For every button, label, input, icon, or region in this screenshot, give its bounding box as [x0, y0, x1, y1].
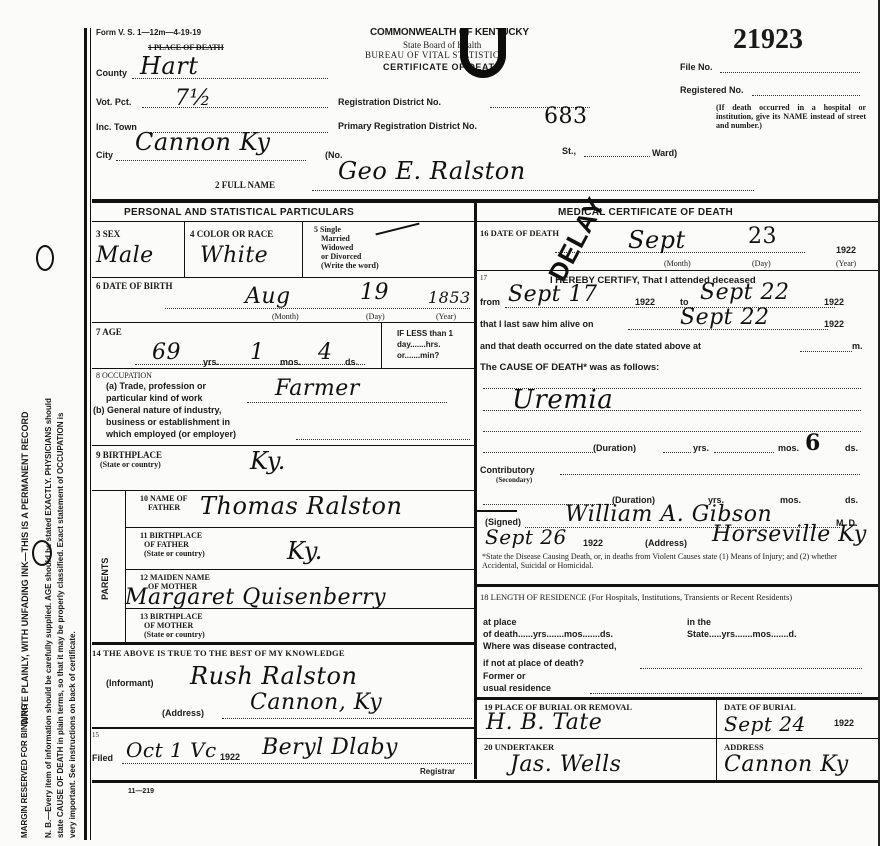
place-of-death-heading: 1 PLACE OF DEATH: [148, 43, 224, 52]
registered-no-line: [752, 95, 860, 96]
marital-option-married: Married: [314, 234, 379, 243]
mother-birthplace-label: 13 BIRTHPLACE OF MOTHER (State or countr…: [140, 612, 205, 639]
rule: [477, 738, 880, 739]
marital-selection-mark: [375, 223, 419, 236]
sex-label: 3 SEX: [96, 229, 120, 239]
month-caption: (Month): [272, 312, 299, 321]
duration-yrs-line: [663, 452, 691, 453]
registered-no-label: Registered No.: [680, 85, 744, 95]
rule: [92, 727, 474, 729]
rule: [125, 490, 126, 642]
margin-instructions-3: very important. See instructions on back…: [68, 631, 77, 838]
birthplace-sublabel: (State or country): [100, 460, 161, 469]
informant-statement: 14 THE ABOVE IS TRUE TO THE BEST OF MY K…: [92, 648, 345, 658]
former-residence-label-2: usual residence: [483, 683, 551, 693]
former-residence-label: Former or: [483, 671, 526, 681]
registration-district-label: Registration District No.: [338, 97, 441, 107]
filed-date-value: Oct 1 Vc: [126, 738, 217, 762]
ds-caption: ds.: [345, 357, 358, 367]
undertaker-address-label: ADDRESS: [724, 742, 764, 752]
from-label: from: [480, 297, 500, 307]
marital-status-options: 5 Single Married Widowed or Divorced (Wr…: [314, 225, 379, 270]
less-than-line-2: day.......hrs.: [397, 339, 453, 350]
dob-label: 6 DATE OF BIRTH: [96, 281, 172, 291]
informant-label: (Informant): [106, 678, 154, 688]
father-name-label-2: FATHER: [140, 503, 188, 512]
vot-pct-value: 7½: [175, 86, 211, 111]
ward-label: Ward): [652, 148, 677, 158]
death-time-line: [800, 351, 852, 352]
signed-date-value: Sept 26: [485, 525, 567, 549]
occupation-a-label-2: particular kind of work: [106, 393, 203, 403]
attended-to-value: Sept 22: [700, 280, 790, 305]
city-label: City: [96, 150, 113, 160]
occupation-a-label: (a) Trade, profession or: [106, 381, 206, 391]
primary-registration-label: Primary Registration District No.: [338, 121, 477, 131]
rule: [126, 569, 474, 570]
ds-caption-2: ds.: [845, 495, 858, 505]
rule: [477, 510, 517, 512]
occupation-a-line: [247, 402, 447, 403]
margin-instructions-1: N. B.—Every item of information should b…: [44, 398, 53, 838]
yrs-caption: yrs.: [693, 443, 709, 453]
full-name-label: 2 FULL NAME: [215, 180, 275, 190]
physician-address-label: (Address): [645, 538, 687, 548]
street-line: [584, 156, 650, 157]
mother-birthplace-label-3: (State or country): [140, 630, 205, 639]
last-saw-label: that I last saw him alive on: [480, 319, 594, 329]
inc-town-label: Inc. Town: [96, 122, 137, 132]
residence-at-place: at place: [483, 617, 517, 627]
filed-line: [122, 763, 472, 764]
form-id: Form V. S. 1—12m—4-19-19: [96, 28, 201, 37]
certify-number: 17: [480, 274, 487, 282]
margin-write-plainly: WRITE PLAINLY, WITH UNFADING INK—THIS IS…: [20, 411, 30, 830]
father-name-label-1: 10 NAME OF: [140, 494, 188, 503]
informant-address-value: Cannon, Ky: [250, 690, 382, 715]
death-time-label: and that death occurred on the date stat…: [480, 341, 701, 351]
rule: [477, 221, 880, 222]
occupation-b-label: (b) General nature of industry,: [93, 405, 221, 415]
rule: [477, 697, 880, 700]
contributory-line: [560, 474, 860, 475]
death-certificate: MARGIN RESERVED FOR BINDING WRITE PLAINL…: [0, 0, 880, 846]
former-residence-line: [590, 693, 862, 694]
burial-date-year: 1922: [834, 718, 854, 728]
dob-month: Aug: [245, 284, 291, 309]
ink-blot: [460, 28, 506, 78]
undertaker-value: Jas. Wells: [510, 752, 621, 777]
rule: [126, 608, 474, 609]
sex-value: Male: [96, 243, 154, 268]
mother-name-label-1: 12 MAIDEN NAME: [140, 573, 210, 582]
year-caption: (Year): [836, 259, 856, 268]
rule: [126, 527, 474, 528]
file-no-line: [720, 72, 860, 73]
dod-month: Sept: [628, 226, 686, 254]
rule: [92, 277, 474, 278]
form-code: 11—219: [128, 788, 154, 795]
dob-year: 1853: [428, 288, 471, 307]
full-name-line: [312, 190, 754, 191]
vot-pct-line: [142, 107, 328, 108]
rule: [477, 270, 880, 271]
mother-name-value: Margaret Quisenberry: [125, 585, 386, 610]
left-border-inner: [90, 28, 91, 840]
informant-address-line: [222, 718, 472, 719]
day-caption: (Day): [366, 312, 385, 321]
rule: [184, 222, 185, 277]
last-saw-year: 1922: [824, 319, 844, 329]
physician-address-value: Horseville Ky: [712, 522, 867, 547]
personal-section-title: PERSONAL AND STATISTICAL PARTICULARS: [124, 207, 354, 218]
street-label: St.,: [562, 146, 576, 156]
occupation-b-label-3: which employed (or employer): [106, 429, 236, 439]
color-race-value: White: [200, 243, 268, 268]
full-name-value: Geo E. Ralston: [338, 157, 526, 185]
father-name-label: 10 NAME OF FATHER: [140, 494, 188, 512]
disease-contracted-line: [640, 668, 862, 669]
hospital-note: (If death occurred in a hospital or inst…: [716, 103, 866, 130]
occupation-b-line: [296, 439, 470, 440]
rule: [302, 222, 303, 277]
registrar-signature: Beryl Dlaby: [262, 735, 398, 760]
burial-date-label: DATE OF BURIAL: [724, 702, 796, 712]
attended-from-value: Sept 17: [508, 282, 598, 307]
father-birthplace-label-3: (State or country): [140, 549, 205, 558]
informant-value: Rush Ralston: [190, 662, 357, 690]
rule: [477, 584, 880, 587]
filed-number: 15: [92, 731, 99, 739]
duration-months-value: 6: [805, 430, 821, 456]
yrs-caption: yrs.: [203, 357, 219, 367]
death-time-suffix: m.: [852, 341, 863, 351]
parents-label: PARENTS: [100, 558, 110, 600]
filed-year: 1922: [220, 752, 240, 762]
rule: [92, 490, 474, 491]
binding-hole-icon: [32, 540, 52, 566]
dod-year: 1922: [836, 245, 856, 255]
section-divider: [92, 199, 880, 203]
occupation-label: 8 OCCUPATION: [96, 371, 152, 380]
filed-label: Filed: [92, 753, 113, 763]
rule: [381, 323, 382, 368]
disease-contracted-label: Where was disease contracted,: [483, 641, 617, 651]
duration-label: (Duration): [593, 443, 636, 453]
rule: [716, 700, 717, 780]
rule: [92, 780, 880, 783]
father-birthplace-label-2: OF FATHER: [140, 540, 205, 549]
birthplace-label: 9 BIRTHPLACE: [96, 450, 162, 460]
dod-day: 23: [748, 224, 777, 249]
attended-line: [505, 307, 835, 308]
rule: [92, 221, 474, 222]
file-no-label: File No.: [680, 62, 713, 72]
mos-caption: mos.: [778, 443, 799, 453]
month-caption: (Month): [664, 259, 691, 268]
cause-of-death-label: The CAUSE OF DEATH* was as follows:: [480, 362, 659, 373]
year-caption: (Year): [436, 312, 456, 321]
marital-option-note: (Write the word): [314, 261, 379, 270]
rule: [92, 322, 474, 323]
binding-hole-icon: [36, 245, 54, 271]
last-saw-value: Sept 22: [680, 305, 770, 330]
mos-caption: mos.: [280, 357, 301, 367]
undertaker-label: 20 UNDERTAKER: [484, 742, 554, 752]
disease-contracted-label-2: if not at place of death?: [483, 658, 584, 668]
mother-birthplace-label-1: 13 BIRTHPLACE: [140, 612, 205, 621]
margin-instructions-2: state CAUSE OF DEATH in plain terms, so …: [56, 413, 65, 838]
cause-of-death-value: Uremia: [512, 385, 613, 415]
burial-date-value: Sept 24: [724, 712, 806, 736]
cause-footnote: *State the Disease Causing Death, or, in…: [482, 552, 862, 570]
residence-in-the: in the: [687, 617, 711, 627]
file-number-stamp: 21923: [733, 24, 803, 56]
date-of-death-label: 16 DATE OF DEATH: [480, 228, 559, 238]
delayed-stamp: DELAY: [542, 192, 612, 287]
signed-year: 1922: [583, 538, 603, 548]
mother-birthplace-label-2: OF MOTHER: [140, 621, 205, 630]
father-birthplace-value: Ky.: [287, 537, 323, 565]
less-than-day-field: IF LESS than 1 day.......hrs. or.......m…: [397, 328, 453, 361]
age-years: 69: [152, 340, 181, 365]
vot-pct-label: Vot. Pct.: [96, 97, 131, 107]
attended-from-year: 1922: [635, 297, 655, 307]
ds-caption: ds.: [845, 443, 858, 453]
column-divider: [474, 199, 477, 779]
registrar-label: Registrar: [420, 767, 455, 776]
attended-to-year: 1922: [824, 297, 844, 307]
undertaker-address-value: Cannon Ky: [724, 752, 849, 777]
occupation-b-label-2: business or establishment in: [106, 417, 230, 427]
mos-caption-2: mos.: [780, 495, 801, 505]
color-race-label: 4 COLOR OR RACE: [190, 229, 273, 239]
dob-day: 19: [360, 280, 389, 305]
left-border: [84, 28, 87, 840]
county-label: County: [96, 68, 127, 78]
less-than-line-1: IF LESS than 1: [397, 328, 453, 339]
father-birthplace-label: 11 BIRTHPLACE OF FATHER (State or countr…: [140, 531, 205, 558]
marital-option-widowed: Widowed: [314, 243, 379, 252]
age-label: 7 AGE: [96, 327, 122, 337]
county-value: Hart: [140, 52, 198, 80]
rule: [92, 445, 474, 446]
birthplace-value: Ky.: [250, 447, 286, 475]
residence-state: State.....yrs.......mos.......d.: [687, 629, 797, 639]
age-days: 4: [318, 340, 333, 365]
less-than-line-3: or.......min?: [397, 350, 453, 361]
dob-line: [165, 308, 470, 309]
age-months: 1: [250, 340, 265, 365]
contributory-label: Contributory: [480, 465, 535, 475]
informant-address-label: (Address): [162, 708, 204, 718]
primary-registration-value: 683: [544, 104, 588, 129]
city-line: [116, 160, 306, 161]
marital-option-divorced: or Divorced: [314, 252, 379, 261]
father-birthplace-label-1: 11 BIRTHPLACE: [140, 531, 205, 540]
residence-label: 18 LENGTH OF RESIDENCE (For Hospitals, I…: [480, 591, 860, 603]
residence-of-death: of death......yrs.......mos.......ds.: [483, 629, 613, 639]
rule: [92, 368, 474, 369]
father-name-value: Thomas Ralston: [200, 492, 402, 520]
occupation-value: Farmer: [275, 376, 360, 401]
day-caption: (Day): [752, 259, 771, 268]
duration-line: [483, 452, 593, 453]
burial-place-value: H. B. Tate: [486, 710, 602, 735]
secondary-label: (Secondary): [496, 476, 532, 484]
marital-option-single: 5 Single: [314, 225, 379, 234]
rule: [92, 642, 474, 645]
duration-mos-dots: [714, 452, 774, 453]
city-value: Cannon Ky: [135, 128, 271, 156]
